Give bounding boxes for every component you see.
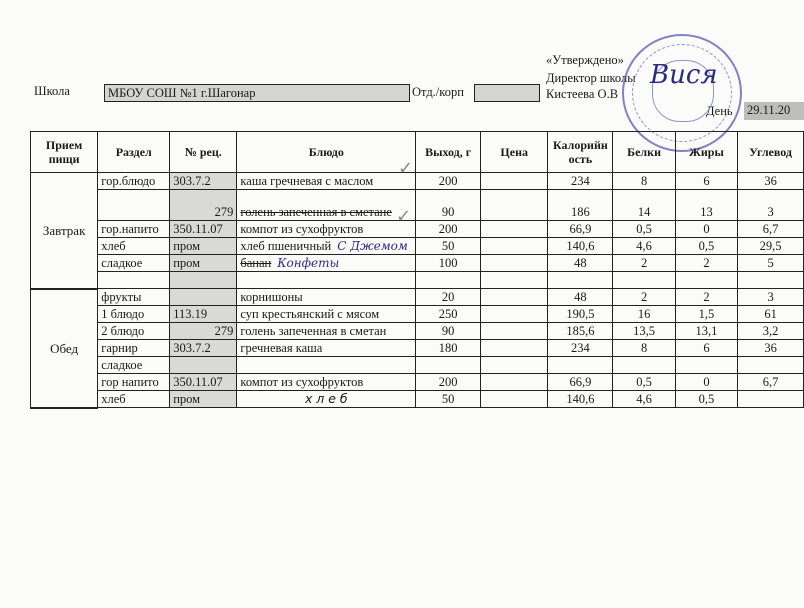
- recipe-cell-text: 350.11.07: [173, 375, 223, 389]
- yield-cell-text: 90: [442, 205, 455, 219]
- dish-cell: х л е б: [237, 391, 416, 408]
- dish-cell: [237, 357, 416, 374]
- carbs-cell-text: 36: [764, 174, 777, 188]
- table-row: [31, 272, 804, 289]
- section-cell-text: фрукты: [101, 290, 141, 304]
- table-row: гарнир303.7.2гречневая каша1802348636: [31, 340, 804, 357]
- kcal-cell: 186: [548, 190, 613, 221]
- dish-cell-text: компот из сухофруктов: [240, 375, 363, 389]
- protein-cell: 14: [613, 190, 675, 221]
- handwritten-note: Конфеты: [277, 256, 339, 270]
- protein-cell-text: 8: [641, 341, 647, 355]
- col-fat: Жиры: [675, 132, 737, 173]
- protein-cell-text: 4,6: [636, 239, 652, 253]
- carbs-cell-text: 36: [764, 341, 777, 355]
- carbs-cell-text: 3: [767, 205, 773, 219]
- kcal-cell: 66,9: [548, 221, 613, 238]
- section-cell: [98, 190, 170, 221]
- col-meal: Прием пищи: [31, 132, 98, 173]
- kcal-cell-text: 140,6: [566, 239, 594, 253]
- protein-cell: 8: [613, 340, 675, 357]
- carbs-cell-text: 29,5: [760, 239, 782, 253]
- yield-cell: 200: [416, 221, 481, 238]
- protein-cell: 2: [613, 289, 675, 306]
- dish-cell-text: суп крестьянский с мясом: [240, 307, 379, 321]
- yield-cell: 200: [416, 374, 481, 391]
- school-name-field: МБОУ СОШ №1 г.Шагонар: [104, 84, 410, 102]
- carbs-cell: 29,5: [738, 238, 804, 255]
- dish-cell: хлеб пшеничныйС Джемом: [237, 238, 416, 255]
- carbs-cell: 5: [738, 255, 804, 272]
- yield-cell-text: 20: [442, 290, 455, 304]
- price-cell: [481, 340, 548, 357]
- carbs-cell-text: 6,7: [763, 222, 779, 236]
- kcal-cell-text: 185,6: [566, 324, 594, 338]
- price-cell: [481, 221, 548, 238]
- kcal-cell: [548, 357, 613, 374]
- carbs-cell: [738, 391, 804, 408]
- col-section: Раздел: [98, 132, 170, 173]
- carbs-cell: [738, 272, 804, 289]
- dish-cell: [237, 272, 416, 289]
- fat-cell-text: 13,1: [696, 324, 718, 338]
- section-cell: 1 блюдо: [98, 306, 170, 323]
- recipe-cell: 350.11.07: [170, 374, 237, 391]
- kcal-cell-text: 140,6: [566, 392, 594, 406]
- dish-cell-text: банан: [240, 256, 271, 270]
- protein-cell-text: 2: [641, 256, 647, 270]
- yield-cell: 250: [416, 306, 481, 323]
- protein-cell-text: 8: [641, 174, 647, 188]
- yield-cell: 100: [416, 255, 481, 272]
- fat-cell: 0,5: [675, 391, 737, 408]
- table-row: сладкоепромбананКонфеты10048225: [31, 255, 804, 272]
- protein-cell: 4,6: [613, 391, 675, 408]
- protein-cell-text: 14: [638, 205, 651, 219]
- section-cell-text: сладкое: [101, 358, 142, 372]
- kcal-cell: 66,9: [548, 374, 613, 391]
- price-cell: [481, 391, 548, 408]
- recipe-cell-text: 303.7.2: [173, 174, 211, 188]
- carbs-cell-text: 3,2: [763, 324, 779, 338]
- price-cell: [481, 173, 548, 190]
- school-label: Школа: [34, 84, 70, 99]
- yield-cell: 50: [416, 391, 481, 408]
- fat-cell-text: 6: [703, 341, 709, 355]
- protein-cell-text: 16: [638, 307, 651, 321]
- fat-cell-text: 1,5: [699, 307, 715, 321]
- price-cell: [481, 357, 548, 374]
- price-cell: [481, 289, 548, 306]
- section-cell-text: гор.напито: [101, 222, 158, 236]
- fat-cell-text: 0: [703, 222, 709, 236]
- section-cell: гарнир: [98, 340, 170, 357]
- kcal-cell: 234: [548, 173, 613, 190]
- kcal-cell-text: 48: [574, 256, 587, 270]
- fat-cell: [675, 272, 737, 289]
- breakfast-label: Завтрак: [31, 173, 98, 289]
- carbs-cell: 36: [738, 340, 804, 357]
- fat-cell-text: 2: [703, 256, 709, 270]
- dish-cell-text: х л е б: [305, 391, 348, 406]
- protein-cell-text: 0,5: [636, 222, 652, 236]
- section-cell-text: гор.блюдо: [101, 174, 155, 188]
- recipe-cell: [170, 272, 237, 289]
- table-row: Обедфруктыкорнишоны2048223: [31, 289, 804, 306]
- protein-cell-text: 2: [641, 290, 647, 304]
- protein-cell: 2: [613, 255, 675, 272]
- dish-cell-text: хлеб пшеничный: [240, 239, 331, 253]
- yield-cell: 90: [416, 323, 481, 340]
- director-name: Кистеева О.В: [546, 87, 618, 102]
- price-cell: [481, 238, 548, 255]
- yield-cell-text: 250: [439, 307, 458, 321]
- checkmark-icon: ✓: [396, 206, 411, 227]
- col-yield: Выход, г: [416, 132, 481, 173]
- fat-cell: 13: [675, 190, 737, 221]
- fat-cell: 2: [675, 289, 737, 306]
- col-recipe: № рец.: [170, 132, 237, 173]
- price-cell: [481, 190, 548, 221]
- section-cell-text: гарнир: [101, 341, 138, 355]
- carbs-cell: 3: [738, 190, 804, 221]
- dish-cell: суп крестьянский с мясом: [237, 306, 416, 323]
- yield-cell: 200: [416, 173, 481, 190]
- fat-cell-text: 0,5: [699, 239, 715, 253]
- dish-cell-text: компот из сухофруктов: [240, 222, 363, 236]
- kcal-cell-text: 186: [571, 205, 590, 219]
- kcal-cell: [548, 272, 613, 289]
- section-cell: гор.напито: [98, 221, 170, 238]
- protein-cell: 4,6: [613, 238, 675, 255]
- kcal-cell: 140,6: [548, 238, 613, 255]
- table-header-row: Прием пищи Раздел № рец. Блюдо Выход, г …: [31, 132, 804, 173]
- carbs-cell: 36: [738, 173, 804, 190]
- protein-cell: 16: [613, 306, 675, 323]
- fat-cell-text: 6: [703, 174, 709, 188]
- dish-cell: компот из сухофруктов: [237, 374, 416, 391]
- protein-cell: [613, 272, 675, 289]
- recipe-cell-text: 279: [215, 324, 234, 338]
- price-cell: [481, 255, 548, 272]
- recipe-cell: 303.7.2: [170, 173, 237, 190]
- protein-cell-text: 13,5: [633, 324, 655, 338]
- recipe-cell: 350.11.07: [170, 221, 237, 238]
- recipe-cell: 279: [170, 323, 237, 340]
- table-row: хлебпромх л е б50140,64,60,5: [31, 391, 804, 408]
- protein-cell: 8: [613, 173, 675, 190]
- section-cell: фрукты: [98, 289, 170, 306]
- protein-cell-text: 0,5: [636, 375, 652, 389]
- kcal-cell-text: 190,5: [566, 307, 594, 321]
- dish-cell: компот из сухофруктов: [237, 221, 416, 238]
- yield-cell-text: 200: [439, 174, 458, 188]
- dish-cell-text: голень запеченная в сметан: [240, 324, 386, 338]
- director-signature: Вися: [650, 60, 718, 90]
- dish-cell: корнишоны: [237, 289, 416, 306]
- dish-cell: голень запеченная в сметане: [237, 190, 416, 221]
- carbs-cell-text: 3: [767, 290, 773, 304]
- section-cell: сладкое: [98, 357, 170, 374]
- fat-cell: 6: [675, 173, 737, 190]
- recipe-cell-text: пром: [173, 392, 200, 406]
- col-price: Цена: [481, 132, 548, 173]
- lunch-label: Обед: [31, 289, 98, 408]
- menu-table: Прием пищи Раздел № рец. Блюдо Выход, г …: [30, 131, 804, 409]
- yield-cell-text: 200: [439, 375, 458, 389]
- recipe-cell: пром: [170, 255, 237, 272]
- recipe-cell: 113.19: [170, 306, 237, 323]
- dept-field: [474, 84, 540, 102]
- carbs-cell-text: 5: [767, 256, 773, 270]
- yield-cell: [416, 357, 481, 374]
- carbs-cell: 6,7: [738, 221, 804, 238]
- carbs-cell: 3: [738, 289, 804, 306]
- section-cell-text: 1 блюдо: [101, 307, 144, 321]
- recipe-cell-text: 350.11.07: [173, 222, 223, 236]
- kcal-cell: 48: [548, 289, 613, 306]
- recipe-cell: 303.7.2: [170, 340, 237, 357]
- kcal-cell: 48: [548, 255, 613, 272]
- col-kcal: Калорийн ость: [548, 132, 613, 173]
- col-dish: Блюдо: [237, 132, 416, 173]
- recipe-cell-text: 279: [215, 205, 234, 219]
- kcal-cell-text: 234: [571, 174, 590, 188]
- handwritten-note: С Джемом: [337, 239, 408, 253]
- kcal-cell: 234: [548, 340, 613, 357]
- dish-cell-text: корнишоны: [240, 290, 302, 304]
- fat-cell: 0: [675, 221, 737, 238]
- dish-cell-text: гречневая каша: [240, 341, 322, 355]
- price-cell: [481, 374, 548, 391]
- section-cell: [98, 272, 170, 289]
- dish-cell: голень запеченная в сметан: [237, 323, 416, 340]
- recipe-cell: [170, 289, 237, 306]
- date-field: 29.11.20: [744, 102, 804, 120]
- yield-cell: 20: [416, 289, 481, 306]
- protein-cell: 0,5: [613, 221, 675, 238]
- yield-cell-text: 50: [442, 392, 455, 406]
- section-cell-text: хлеб: [101, 239, 125, 253]
- yield-cell-text: 50: [442, 239, 455, 253]
- table-row: хлебпромхлеб пшеничныйС Джемом50140,64,6…: [31, 238, 804, 255]
- section-cell: хлеб: [98, 391, 170, 408]
- protein-cell: 13,5: [613, 323, 675, 340]
- col-carbs: Углевод: [738, 132, 804, 173]
- dish-cell: гречневая каша: [237, 340, 416, 357]
- section-cell: сладкое: [98, 255, 170, 272]
- kcal-cell-text: 66,9: [569, 222, 591, 236]
- price-cell: [481, 272, 548, 289]
- recipe-cell: пром: [170, 238, 237, 255]
- dish-cell-text: каша гречневая с маслом: [240, 174, 373, 188]
- recipe-cell: пром: [170, 391, 237, 408]
- yield-cell-text: 180: [439, 341, 458, 355]
- fat-cell: 0: [675, 374, 737, 391]
- price-cell: [481, 306, 548, 323]
- recipe-cell-text: 113.19: [173, 307, 207, 321]
- carbs-cell: 61: [738, 306, 804, 323]
- yield-cell: 50: [416, 238, 481, 255]
- recipe-cell-text: пром: [173, 239, 200, 253]
- fat-cell: 1,5: [675, 306, 737, 323]
- fat-cell: 13,1: [675, 323, 737, 340]
- kcal-cell: 140,6: [548, 391, 613, 408]
- section-cell-text: гор напито: [101, 375, 158, 389]
- fat-cell: 0,5: [675, 238, 737, 255]
- section-cell: гор напито: [98, 374, 170, 391]
- carbs-cell-text: 61: [764, 307, 777, 321]
- fat-cell-text: 0,5: [699, 392, 715, 406]
- checkmark-icon: ✓: [398, 158, 413, 179]
- recipe-cell: 279: [170, 190, 237, 221]
- section-cell-text: 2 блюдо: [101, 324, 144, 338]
- price-cell: [481, 323, 548, 340]
- protein-cell: 0,5: [613, 374, 675, 391]
- yield-cell-text: 200: [439, 222, 458, 236]
- section-cell: хлеб: [98, 238, 170, 255]
- table-row: 279голень запеченная в сметане9018614133: [31, 190, 804, 221]
- fat-cell-text: 0: [703, 375, 709, 389]
- approved-label: «Утверждено»: [546, 53, 624, 68]
- yield-cell: 180: [416, 340, 481, 357]
- protein-cell: [613, 357, 675, 374]
- table-row: гор.напито350.11.07компот из сухофруктов…: [31, 221, 804, 238]
- recipe-cell: [170, 357, 237, 374]
- fat-cell: 6: [675, 340, 737, 357]
- table-row: 1 блюдо113.19суп крестьянский с мясом250…: [31, 306, 804, 323]
- section-cell: 2 блюдо: [98, 323, 170, 340]
- yield-cell-text: 90: [442, 324, 455, 338]
- dept-label: Отд./корп: [412, 85, 464, 100]
- table-row: Завтракгор.блюдо303.7.2каша гречневая с …: [31, 173, 804, 190]
- col-protein: Белки: [613, 132, 675, 173]
- carbs-cell: 3,2: [738, 323, 804, 340]
- dish-cell: каша гречневая с маслом: [237, 173, 416, 190]
- fat-cell: [675, 357, 737, 374]
- fat-cell-text: 2: [703, 290, 709, 304]
- kcal-cell: 185,6: [548, 323, 613, 340]
- section-cell: гор.блюдо: [98, 173, 170, 190]
- table-row: сладкое: [31, 357, 804, 374]
- protein-cell-text: 4,6: [636, 392, 652, 406]
- table-row: 2 блюдо279голень запеченная в сметан9018…: [31, 323, 804, 340]
- kcal-cell-text: 66,9: [569, 375, 591, 389]
- yield-cell: [416, 272, 481, 289]
- fat-cell-text: 13: [700, 205, 713, 219]
- fat-cell: 2: [675, 255, 737, 272]
- kcal-cell-text: 48: [574, 290, 587, 304]
- yield-cell: 90: [416, 190, 481, 221]
- recipe-cell-text: 303.7.2: [173, 341, 211, 355]
- table-row: гор напито350.11.07компот из сухофруктов…: [31, 374, 804, 391]
- kcal-cell-text: 234: [571, 341, 590, 355]
- kcal-cell: 190,5: [548, 306, 613, 323]
- carbs-cell-text: 6,7: [763, 375, 779, 389]
- dish-cell-text: голень запеченная в сметане: [240, 205, 392, 219]
- carbs-cell: 6,7: [738, 374, 804, 391]
- recipe-cell-text: пром: [173, 256, 200, 270]
- section-cell-text: хлеб: [101, 392, 125, 406]
- section-cell-text: сладкое: [101, 256, 142, 270]
- carbs-cell: [738, 357, 804, 374]
- dish-cell: бананКонфеты: [237, 255, 416, 272]
- yield-cell-text: 100: [439, 256, 458, 270]
